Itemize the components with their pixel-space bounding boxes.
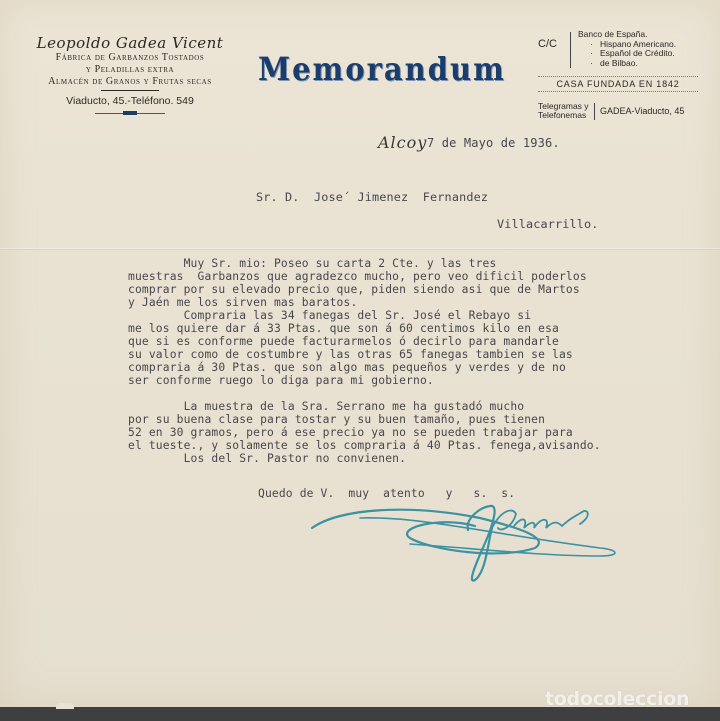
body-line: comprar por su elevado precio que, piden…: [128, 283, 580, 296]
letterhead-line-2: y Peladillas extra: [30, 64, 230, 76]
letterhead-rule: [101, 90, 159, 91]
body-line: su valor como de costumbre y las otras 6…: [128, 348, 573, 361]
scan-background-band: [0, 707, 720, 721]
body-line: por su buena clase para tostar y su buen…: [128, 413, 545, 426]
body-line: 52 en 30 gramos, pero á ese precio ya no…: [128, 426, 573, 439]
date-text: 7 de Mayo de 1936.: [427, 137, 560, 150]
body-line: que si es conforme puede facturarmelos ó…: [128, 335, 559, 348]
recipient-location: Villacarrillo.: [497, 218, 599, 231]
letterhead-line-1: Fábrica de Garbanzos Tostados: [30, 52, 230, 64]
body-line: Muy Sr. mio: Poseo su carta 2 Cte. y las…: [128, 257, 496, 270]
letterhead-left: Leopoldo Gadea Vicent Fábrica de Garbanz…: [30, 34, 230, 115]
body-line: La muestra de la Sra. Serrano me ha gust…: [128, 400, 524, 413]
company-owner-name: Leopoldo Gadea Vicent: [30, 34, 230, 52]
ornament-divider-icon: [95, 111, 165, 115]
body-line: Compraria las 34 fanegas del Sr. José el…: [128, 309, 531, 322]
brace-icon: [570, 32, 572, 68]
paper-tab: [56, 703, 74, 709]
signature-icon: [300, 498, 630, 588]
body-line: me los quiere dar á 33 Ptas. que son á 6…: [128, 322, 559, 335]
body-line: Los del Sr. Pastor no convienen.: [128, 452, 406, 465]
fold-line: [0, 248, 720, 250]
letter-paper: Leopoldo Gadea Vicent Fábrica de Garbanz…: [0, 0, 720, 707]
cc-label: C/C: [538, 38, 557, 50]
letterhead-address: Viaducto, 45.-Teléfono. 549: [30, 94, 230, 108]
bank-list: Banco de España. Hispano Americano. Espa…: [578, 30, 676, 68]
body-line: ser conforme ruego lo diga para mi gobie…: [128, 374, 434, 387]
letterhead-line-3: Almacén de Granos y Frutas secas: [30, 76, 230, 88]
founded-line: CASA FUNDADA EN 1842: [538, 76, 698, 92]
bank-item: de Bilbao.: [578, 59, 676, 69]
telegrams-label: Telegramas y Telefonemas: [538, 102, 589, 120]
document-title: Memorandum: [258, 51, 508, 88]
telegrams-address: GADEA-Viaducto, 45: [600, 106, 684, 116]
recipient-name: Sr. D. Jose´ Jimenez Fernandez: [256, 191, 488, 204]
body-line: compraria á 30 Ptas. que son algo mas pe…: [128, 361, 566, 374]
body-line: y Jaén me los sirven mas baratos.: [128, 296, 357, 309]
telegrams-divider: [594, 103, 595, 120]
body-line: el tueste., y solamente se los compraria…: [128, 439, 601, 452]
body-line: muestras Garbanzos que agradezco mucho, …: [128, 270, 587, 283]
telegrams-label-2: Telefonemas: [538, 111, 589, 120]
date-city: Alcoy: [378, 133, 427, 152]
